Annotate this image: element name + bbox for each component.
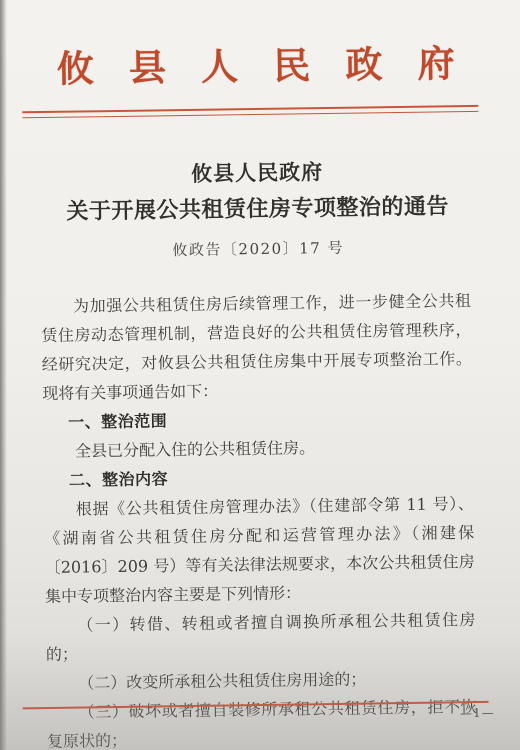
document-title-line1: 攸县人民政府: [0, 153, 517, 190]
document-page: 攸县人民政府 攸县人民政府 关于开展公共租赁住房专项整治的通告 攸政告〔2020…: [0, 0, 520, 750]
list-item-3: （三）破坏或者擅自装修所承租公共租赁住房，拒不恢复原状的；: [46, 692, 477, 750]
page-number: —1—: [460, 706, 495, 720]
document-title-line2: 关于开展公共租赁住房专项整治的通告: [0, 188, 518, 226]
document-number: 攸政告〔2020〕17 号: [0, 234, 518, 262]
document-body: 为加强公共租赁住房后续管理工作，进一步健全公共租赁住房动态管理机制，营造良好的公…: [41, 286, 477, 750]
letterhead-double-rule: [22, 105, 478, 118]
list-item-1: （一）转借、转租或者擅自调换所承租公共租赁住房的；: [45, 605, 476, 669]
document-photo: 攸县人民政府 攸县人民政府 关于开展公共租赁住房专项整治的通告 攸政告〔2020…: [0, 0, 520, 750]
letterhead-org-name: 攸县人民政府: [0, 32, 516, 93]
section2-intro: 根据《公共租赁住房管理办法》（住建部令第 11 号）、《湖南省公共租赁住房分配和…: [44, 489, 476, 611]
intro-paragraph: 为加强公共租赁住房后续管理工作，进一步健全公共租赁住房动态管理机制，营造良好的公…: [41, 286, 473, 408]
